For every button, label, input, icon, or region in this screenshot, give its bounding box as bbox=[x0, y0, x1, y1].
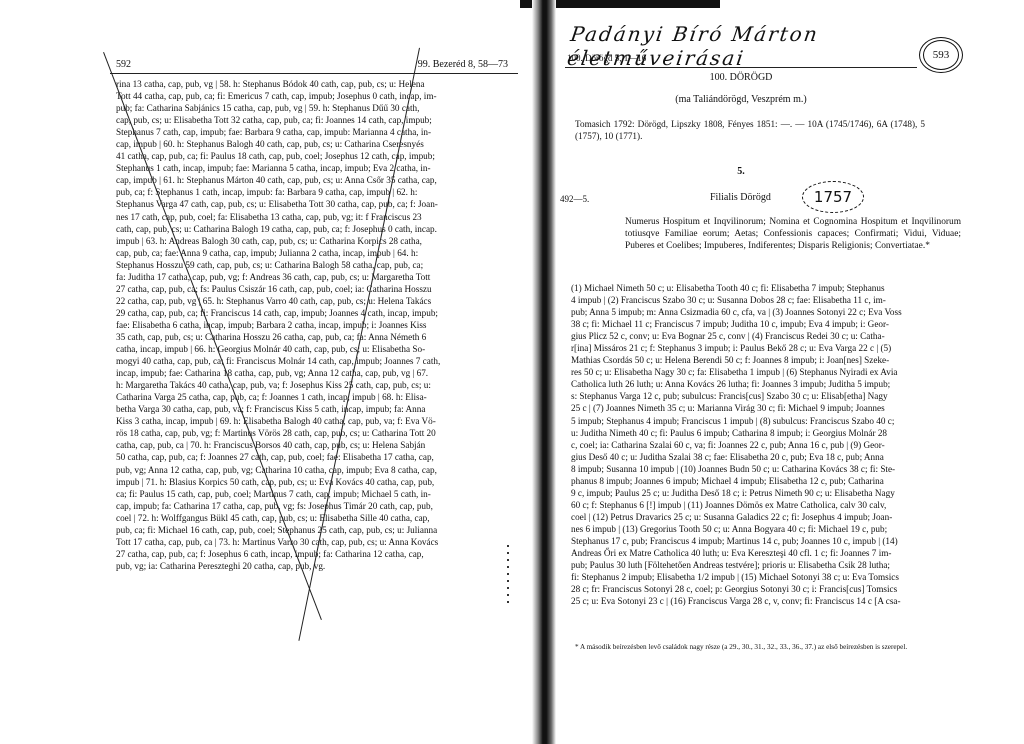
text-line: 50 catha, cap, pub, ca; f: Joannes 27 ca… bbox=[116, 451, 512, 463]
columns-description: Numerus Hospitum et Inqvilinorum; Nomina… bbox=[625, 216, 961, 253]
text-line: Tott 44 catha, cap, pub, ca; fi: Emericu… bbox=[116, 90, 512, 102]
text-line: gius Deső 40 c; u: Juditha Szalai 38 c; … bbox=[571, 451, 963, 463]
text-line: Catharina Varga 25 catha, cap, pub, ca; … bbox=[116, 391, 512, 403]
text-line: cap, pub, cs; u: Elisabetha Tott 32 cath… bbox=[116, 114, 512, 126]
right-running-head: 100. Dörögd 5, 1—16 bbox=[565, 51, 917, 68]
right-census-text: (1) Michael Nimeth 50 c; u: Elisabetha T… bbox=[571, 282, 963, 607]
text-line: catha, cap, pub, ca | 70. h: Franciscus … bbox=[116, 439, 512, 451]
text-line: mogyi 40 catha, cap, pub, ca; fi: Franci… bbox=[116, 355, 512, 367]
chapter-title: 100. DÖRÖGD bbox=[565, 72, 917, 83]
text-line: incap, impub; fae: Catharina 18 catha, c… bbox=[116, 367, 512, 379]
left-page-number: 592 bbox=[116, 59, 131, 70]
text-line: Mathias Csordás 50 c; u: Helena Berendi … bbox=[571, 354, 963, 366]
text-line: phanus 8 impub; Joannes 6 impub; Michael… bbox=[571, 475, 963, 487]
text-line: cap, impub; fa: Catharina 17 catha, cap,… bbox=[116, 500, 512, 512]
text-line: Stephanus Hosszu 59 cath, cap, pub, cs; … bbox=[116, 259, 512, 271]
text-line: 41 catha, cap, pub, ca; fi: Paulus 18 ca… bbox=[116, 150, 512, 162]
dotted-margin-mark bbox=[507, 545, 509, 605]
chapter-subtitle: (ma Taliándörögd, Veszprém m.) bbox=[565, 94, 917, 105]
text-line: pub; Anna 5 impub; m: Anna Csizmadia 60 … bbox=[571, 306, 963, 318]
handwritten-year: 1757 bbox=[802, 181, 864, 213]
text-line: rös 18 catha, cap, pub, vg; f: Martinus … bbox=[116, 427, 512, 439]
margin-reference: 492—5. bbox=[560, 194, 589, 204]
text-line: 25 c | (7) Joannes Nimeth 35 c; u: Maria… bbox=[571, 402, 963, 414]
text-line: u: Juditha Nimeth 40 c; fi: Paulus 6 imp… bbox=[571, 427, 963, 439]
text-line: h: Margaretha Takács 40 catha, cap, pub,… bbox=[116, 379, 512, 391]
text-line: rina 13 catha, cap, pub, vg | 58. h: Ste… bbox=[116, 78, 512, 90]
text-line: 27 catha, cap, pub, ca; f: Josephus 6 ca… bbox=[116, 548, 512, 560]
text-line: Stephanus 7 cath, cap, impub; fae: Barba… bbox=[116, 126, 512, 138]
text-line: nes 6 impub | (13) Gregorius Tooth 50 c;… bbox=[571, 523, 963, 535]
text-line: pub, ca; f: Stephanus 1 cath, incap, imp… bbox=[116, 186, 512, 198]
text-line: gius Plicz 52 c, conv; u: Eva Bognar 25 … bbox=[571, 330, 963, 342]
sources-paragraph: Tomasich 1792: Dörögd, Lipszky 1808, Fén… bbox=[575, 118, 925, 142]
text-line: Stephanus Varga 47 cath, cap, pub, cs; u… bbox=[116, 198, 512, 210]
text-line: cath, cap, pub, cs; u: Catharina Balogh … bbox=[116, 223, 512, 235]
text-line: fa: Juditha 17 catha, cap, pub, vg; f: A… bbox=[116, 271, 512, 283]
filialis-label: Filialis Dörögd bbox=[710, 192, 771, 203]
text-line: 35 cath, cap, pub, cs; u: Catharina Hoss… bbox=[116, 331, 512, 343]
text-line: r[ina] Missáros 21 c; f: Stephanus 3 imp… bbox=[571, 342, 963, 354]
text-line: 8 impub; Susanna 10 impub | (10) Joannes… bbox=[571, 463, 963, 475]
text-line: fi: Stephanus 2 impub; Elisabetha 1/2 im… bbox=[571, 571, 963, 583]
text-line: 28 c; fr: Franciscus Sotonyi 28 c, coel;… bbox=[571, 583, 963, 595]
text-line: pub, vg; Anna 12 catha, cap, pub, vg; Ca… bbox=[116, 464, 512, 476]
text-line: Tott 17 catha, cap, pub, ca | 73. h: Mar… bbox=[116, 536, 512, 548]
text-line: 22 catha, cap, pub, vg | 65. h: Stephanu… bbox=[116, 295, 512, 307]
text-line: 27 catha, cap, pub, ca; fs: Paulus Csisz… bbox=[116, 283, 512, 295]
text-line: coel | (12) Petrus Dravarics 25 c; u: Su… bbox=[571, 511, 963, 523]
text-line: 9 c, impub; Paulus 25 c; u: Juditha Deső… bbox=[571, 487, 963, 499]
text-line: catha, incap, impub | 66. h: Georgius Mo… bbox=[116, 343, 512, 355]
text-line: 25 c; u: Eva Sotonyi 23 c | (16) Francis… bbox=[571, 595, 963, 607]
text-line: Andreas Őri ex Matre Catholica 40 luth; … bbox=[571, 547, 963, 559]
text-line: Kiss 3 catha, incap, impub | 69. h: Elis… bbox=[116, 415, 512, 427]
left-running-title: 99. Bezeréd 8, 58—73 bbox=[418, 59, 508, 70]
text-line: impub | 71. h: Blasius Korpics 50 cath, … bbox=[116, 476, 512, 488]
text-line: nes 17 cath, cap, pub, coel; fa: Elisabe… bbox=[116, 211, 512, 223]
text-line: 5 impub; Stephanus 4 impub; Franciscus 1… bbox=[571, 415, 963, 427]
text-line: cap, impub | 61. h: Stephanus Márton 40 … bbox=[116, 174, 512, 186]
text-line: 29 catha, cap, pub, ca; fi: Franciscus 1… bbox=[116, 307, 512, 319]
right-running-title: 100. Dörögd 5, 1—16 bbox=[567, 53, 646, 63]
text-line: fae: Elisabetha 6 catha, incap, impub; B… bbox=[116, 319, 512, 331]
text-line: 38 c; fi: Michael 11 c; Franciscus 7 imp… bbox=[571, 318, 963, 330]
text-line: coel | 72. h: Wolffgangus Bükl 45 cath, … bbox=[116, 512, 512, 524]
left-running-head: 592 99. Bezeréd 8, 58—73 bbox=[110, 57, 518, 74]
text-line: cap, pub, ca; fae: Anna 9 catha, cap, im… bbox=[116, 247, 512, 259]
text-line: betha Varga 30 catha, cap, pub, va; f: F… bbox=[116, 403, 512, 415]
text-line: pub, ca; fi: Michael 16 cath, cap, pub, … bbox=[116, 524, 512, 536]
text-line: pub; fa: Catharina Sabjánics 15 catha, c… bbox=[116, 102, 512, 114]
circled-page-number: 593 bbox=[923, 40, 959, 70]
text-line: (1) Michael Nimeth 50 c; u: Elisabetha T… bbox=[571, 282, 963, 294]
text-line: Catholica luth 26 luth; u: Anna Kovács 2… bbox=[571, 378, 963, 390]
text-line: 4 impub | (2) Franciscus Szabo 30 c; u: … bbox=[571, 294, 963, 306]
text-line: Stephanus 17 c, pub; Franciscus 4 impub;… bbox=[571, 535, 963, 547]
text-line: res 50 c; u: Elisabetha Nagy 30 c; fa: E… bbox=[571, 366, 963, 378]
footnote: * A második beírezésben levő családok na… bbox=[575, 642, 967, 652]
text-line: pub; Paulus 30 luth [Föltehetően Andreas… bbox=[571, 559, 963, 571]
text-line: s: Stephanus Varga 12 c, pub; subulcus: … bbox=[571, 390, 963, 402]
text-line: 60 c; f: Stephanus 6 [!] impub | (11) Jo… bbox=[571, 499, 963, 511]
text-line: cap, impub | 60. h: Stephanus Balogh 40 … bbox=[116, 138, 512, 150]
left-census-text: rina 13 catha, cap, pub, vg | 58. h: Ste… bbox=[116, 78, 512, 572]
text-line: Stephanus 1 cath, incap, impub; fae: Mar… bbox=[116, 162, 512, 174]
section-number: 5. bbox=[565, 166, 917, 177]
text-line: c, coel; ia: Catharina Szalai 60 c, va; … bbox=[571, 439, 963, 451]
book-gutter bbox=[532, 0, 556, 744]
text-line: ca; fi: Paulus 15 cath, cap, pub, coel; … bbox=[116, 488, 512, 500]
